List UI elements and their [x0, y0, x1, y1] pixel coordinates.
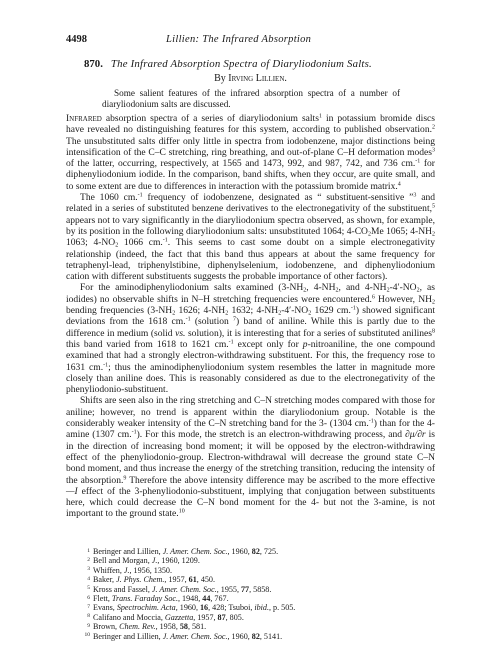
- byline-prefix: By: [214, 73, 228, 84]
- paragraph-4: Shifts are seen also in the ring stretch…: [66, 395, 435, 519]
- footnote: 5Kross and Fassel, J. Amer. Chem. Soc., …: [80, 585, 420, 594]
- footnote-ref: 5: [432, 204, 435, 210]
- paragraph-1: Infrared absorption spectra of a series …: [66, 113, 435, 192]
- author-name: Irving Lillien.: [228, 73, 287, 84]
- footnote: 2Bell and Morgan, J., 1960, 1209.: [80, 556, 420, 565]
- footnote-ref: 4: [398, 181, 401, 187]
- footnote: 1Beringer and Lillien, J. Amer. Chem. So…: [80, 547, 420, 556]
- article-number: 870.: [84, 58, 103, 70]
- footnote-ref: 8: [432, 328, 435, 334]
- article-body: Infrared absorption spectra of a series …: [66, 113, 435, 520]
- partial-derivative: ∂μ/∂r: [405, 429, 426, 440]
- article-heading: 870.The Infrared Absorption Spectra of D…: [84, 58, 372, 70]
- footnote: 8Califano and Moccia, Gazzetta, 1957, 87…: [80, 613, 420, 622]
- page-number: 4498: [66, 34, 87, 45]
- abstract: Some salient features of the infrared ab…: [102, 88, 400, 110]
- lead-word: Infrared: [66, 113, 102, 124]
- paragraph-2: The 1060 cm.-1 frequency of iodobenzene,…: [66, 192, 435, 282]
- footnote: 6Flett, Trans. Faraday Soc., 1948, 44, 7…: [80, 594, 420, 603]
- byline: By Irving Lillien.: [66, 73, 435, 84]
- footnote-ref: 10: [179, 509, 185, 515]
- footnote: 9Brown, Chem. Rev., 1958, 58, 581.: [80, 622, 420, 631]
- footnote: 7Evans, Spectrochim. Acta, 1960, 16, 428…: [80, 603, 420, 612]
- paragraph-3: For the aminodiphenyliodonium salts exam…: [66, 282, 435, 395]
- footnote: 3Whiffen, J., 1956, 1350.: [80, 566, 420, 575]
- footnote: 4Baker, J. Phys. Chem., 1957, 61, 450.: [80, 575, 420, 584]
- footnote-ref: 3: [432, 147, 435, 153]
- running-head: 4498 Lillien: The Infrared Absorption: [66, 34, 435, 48]
- article-title: The Infrared Absorption Spectra of Diary…: [111, 58, 372, 70]
- footnote-ref: 2: [432, 125, 435, 131]
- running-title: Lillien: The Infrared Absorption: [166, 34, 311, 45]
- footnotes: 1Beringer and Lillien, J. Amer. Chem. So…: [80, 547, 420, 641]
- footnote: 10Beringer and Lillien, J. Amer. Chem. S…: [80, 632, 420, 641]
